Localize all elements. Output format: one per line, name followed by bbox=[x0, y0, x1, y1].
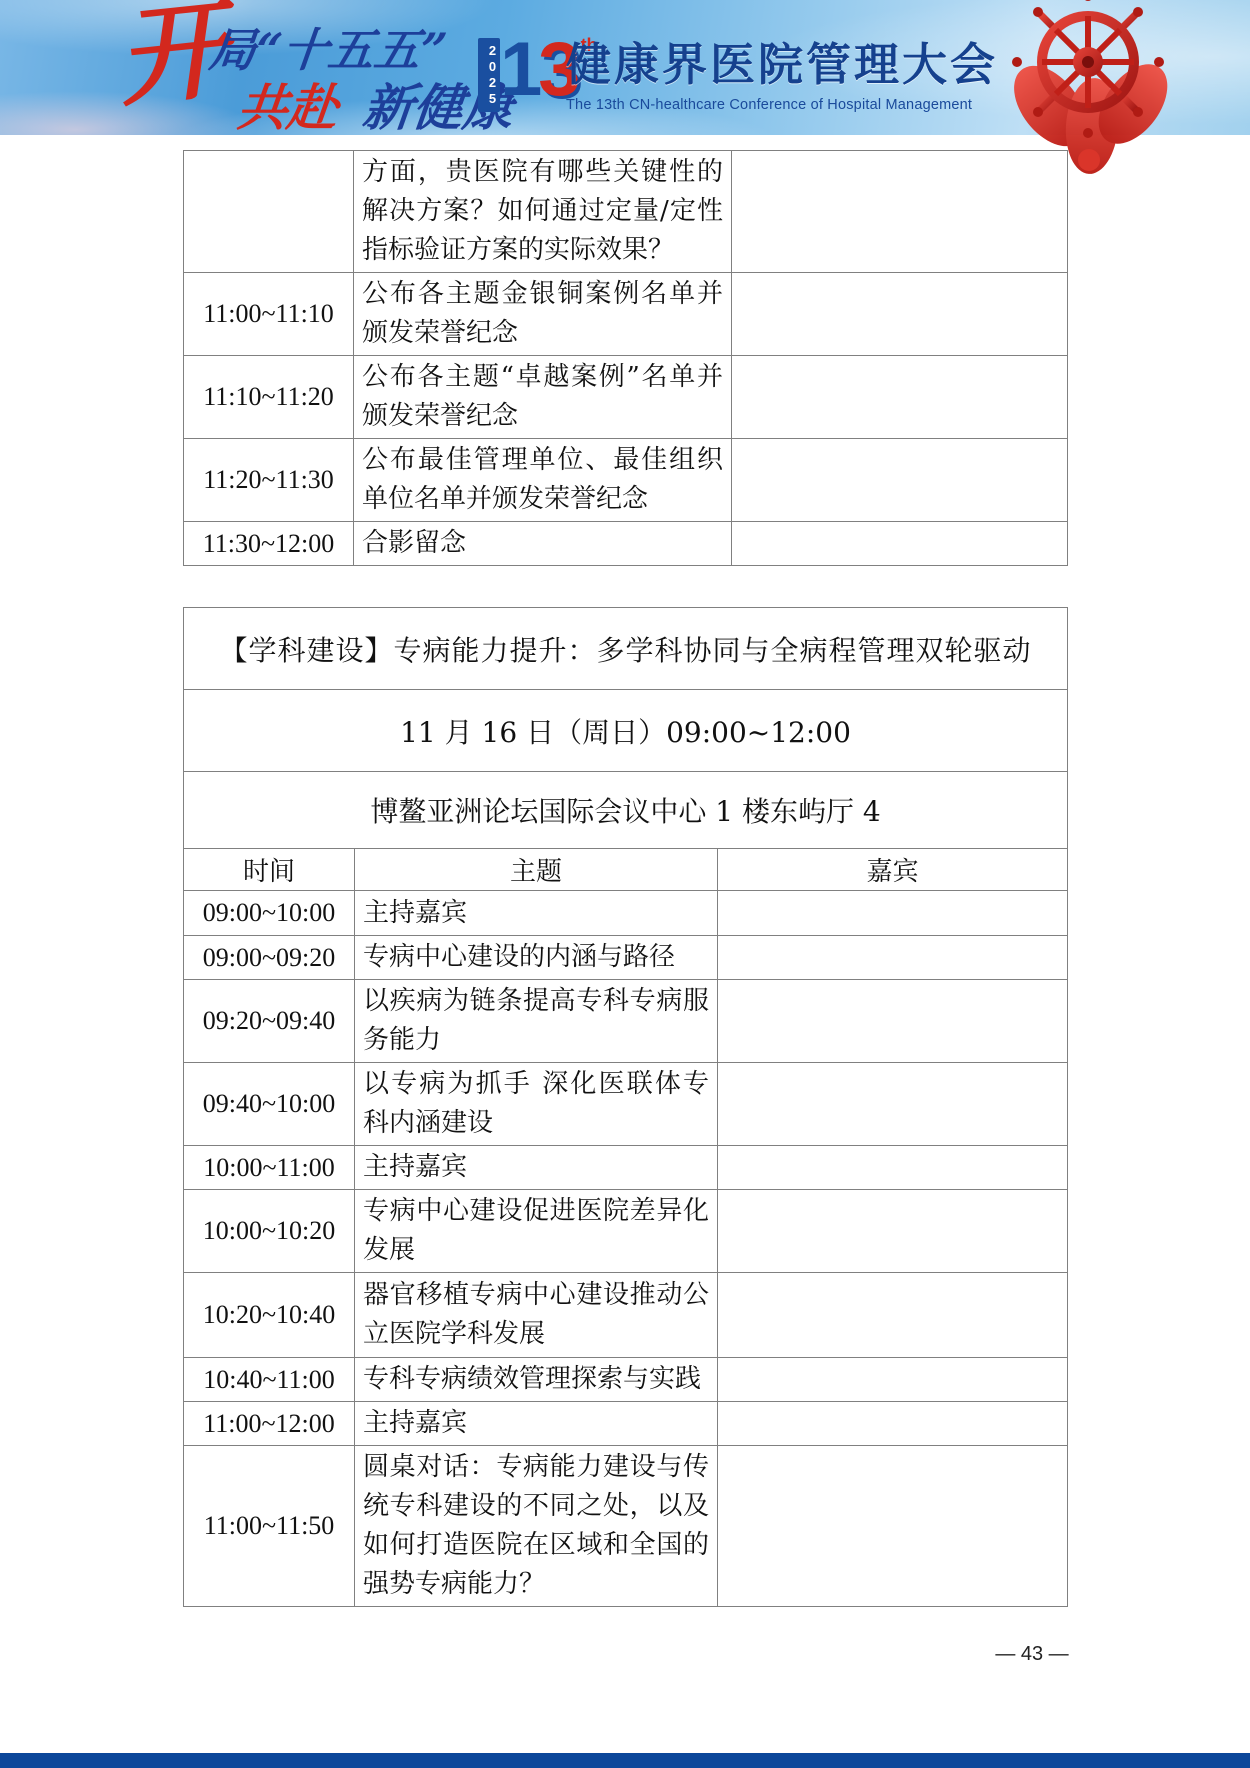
time-cell: 09:20~09:40 bbox=[184, 980, 355, 1063]
banner-slogan: 开 局“十五五” 共赴 新健康 bbox=[118, 6, 538, 136]
guest-cell bbox=[732, 439, 1068, 522]
topic-cell: 专病中心建设促进医院差异化发展 bbox=[355, 1190, 718, 1273]
table-row: 11:00~11:10 公布各主题金银铜案例名单并颁发荣誉纪念 bbox=[184, 273, 1068, 356]
time-cell: 11:00~11:50 bbox=[184, 1446, 355, 1607]
session-datetime: 11 月 16 日（周日）09:00~12:00 bbox=[184, 690, 1068, 772]
topic-cell: 主持嘉宾 bbox=[355, 891, 718, 936]
table-row: 11:00~12:00 主持嘉宾 bbox=[184, 1402, 1068, 1446]
header-topic: 主题 bbox=[355, 849, 718, 891]
topic-cell: 公布各主题“卓越案例”名单并颁发荣誉纪念 bbox=[354, 356, 732, 439]
guest-cell bbox=[732, 356, 1068, 439]
table-row: 09:20~09:40 以疾病为链条提高专科专病服务能力 bbox=[184, 980, 1068, 1063]
header-time: 时间 bbox=[184, 849, 355, 891]
schedule-table-awards: 方面，贵医院有哪些关键性的解决方案？如何通过定量/定性指标验证方案的实际效果？ … bbox=[183, 150, 1068, 566]
topic-cell: 以专病为抓手 深化医联体专科内涵建设 bbox=[355, 1063, 718, 1146]
footer-bar bbox=[0, 1753, 1250, 1768]
table-row: 11:00~11:50 圆桌对话：专病能力建设与传统专科建设的不同之处，以及如何… bbox=[184, 1446, 1068, 1607]
time-cell: 11:20~11:30 bbox=[184, 439, 354, 522]
topic-cell: 以疾病为链条提高专科专病服务能力 bbox=[355, 980, 718, 1063]
table-row: 10:40~11:00 专科专病绩效管理探索与实践 bbox=[184, 1358, 1068, 1402]
session-title: 【学科建设】专病能力提升：多学科协同与全病程管理双轮驱动 bbox=[184, 608, 1068, 690]
time-cell: 11:30~12:00 bbox=[184, 522, 354, 566]
logo-year-badge: 2025 bbox=[478, 38, 500, 112]
topic-cell: 主持嘉宾 bbox=[355, 1146, 718, 1190]
time-cell: 10:00~10:20 bbox=[184, 1190, 355, 1273]
table-row: 10:00~11:00 主持嘉宾 bbox=[184, 1146, 1068, 1190]
session-venue: 博鳌亚洲论坛国际会议中心 1 楼东屿厅 4 bbox=[184, 772, 1068, 849]
table-row: 方面，贵医院有哪些关键性的解决方案？如何通过定量/定性指标验证方案的实际效果？ bbox=[184, 151, 1068, 273]
table-row: 09:40~10:00 以专病为抓手 深化医联体专科内涵建设 bbox=[184, 1063, 1068, 1146]
time-cell: 10:20~10:40 bbox=[184, 1273, 355, 1358]
guest-cell bbox=[718, 1273, 1068, 1358]
guest-cell bbox=[718, 936, 1068, 980]
slogan-line2-red: 共赴 bbox=[235, 78, 341, 137]
topic-cell: 主持嘉宾 bbox=[355, 1402, 718, 1446]
time-cell: 11:10~11:20 bbox=[184, 356, 354, 439]
guest-cell bbox=[732, 273, 1068, 356]
topic-cell: 专病中心建设的内涵与路径 bbox=[355, 936, 718, 980]
conference-title-cn: 健康界医院管理大会 bbox=[566, 28, 1006, 93]
schedule-table-discipline-session: 【学科建设】专病能力提升：多学科协同与全病程管理双轮驱动 11 月 16 日（周… bbox=[183, 607, 1068, 1607]
topic-cell: 器官移植专病中心建设推动公立医院学科发展 bbox=[355, 1273, 718, 1358]
column-header-row: 时间 主题 嘉宾 bbox=[184, 849, 1068, 891]
guest-cell bbox=[718, 1446, 1068, 1607]
banner-titles: 健康界医院管理大会 The 13th CN-healthcare Confere… bbox=[566, 28, 1006, 113]
session-title-row: 【学科建设】专病能力提升：多学科协同与全病程管理双轮驱动 bbox=[184, 608, 1068, 690]
topic-cell: 合影留念 bbox=[354, 522, 732, 566]
table-row: 09:00~10:00 主持嘉宾 bbox=[184, 891, 1068, 936]
topic-cell: 圆桌对话：专病能力建设与传统专科建设的不同之处，以及如何打造医院在区域和全国的强… bbox=[355, 1446, 718, 1607]
guest-cell bbox=[718, 1063, 1068, 1146]
guest-cell bbox=[718, 1402, 1068, 1446]
time-cell: 09:00~09:20 bbox=[184, 936, 355, 980]
guest-cell bbox=[718, 980, 1068, 1063]
guest-cell bbox=[718, 1146, 1068, 1190]
time-cell: 09:40~10:00 bbox=[184, 1063, 355, 1146]
conference-title-en: The 13th CN-healthcare Conference of Hos… bbox=[566, 97, 1006, 113]
session-venue-row: 博鳌亚洲论坛国际会议中心 1 楼东屿厅 4 bbox=[184, 772, 1068, 849]
guest-cell bbox=[732, 522, 1068, 566]
table-row: 11:30~12:00 合影留念 bbox=[184, 522, 1068, 566]
page-number: — 43 — bbox=[962, 1643, 1102, 1666]
topic-cell: 方面，贵医院有哪些关键性的解决方案？如何通过定量/定性指标验证方案的实际效果？ bbox=[354, 151, 732, 273]
table-row: 09:00~09:20 专病中心建设的内涵与路径 bbox=[184, 936, 1068, 980]
topic-cell: 专科专病绩效管理探索与实践 bbox=[355, 1358, 718, 1402]
time-cell: 10:00~11:00 bbox=[184, 1146, 355, 1190]
topic-cell: 公布各主题金银铜案例名单并颁发荣誉纪念 bbox=[354, 273, 732, 356]
guest-cell bbox=[718, 1358, 1068, 1402]
conference-banner: 开 局“十五五” 共赴 新健康 2025 13 th 健康界医院管理大会 The… bbox=[0, 0, 1250, 135]
table-row: 10:00~10:20 专病中心建设促进医院差异化发展 bbox=[184, 1190, 1068, 1273]
time-cell: 10:40~11:00 bbox=[184, 1358, 355, 1402]
time-cell bbox=[184, 151, 354, 273]
table-row: 10:20~10:40 器官移植专病中心建设推动公立医院学科发展 bbox=[184, 1273, 1068, 1358]
table-row: 11:20~11:30 公布最佳管理单位、最佳组织单位名单并颁发荣誉纪念 bbox=[184, 439, 1068, 522]
header-guest: 嘉宾 bbox=[718, 849, 1068, 891]
guest-cell bbox=[732, 151, 1068, 273]
time-cell: 09:00~10:00 bbox=[184, 891, 355, 936]
guest-cell bbox=[718, 891, 1068, 936]
topic-cell: 公布最佳管理单位、最佳组织单位名单并颁发荣誉纪念 bbox=[354, 439, 732, 522]
document-page: 开 局“十五五” 共赴 新健康 2025 13 th 健康界医院管理大会 The… bbox=[0, 0, 1250, 1768]
table-row: 11:10~11:20 公布各主题“卓越案例”名单并颁发荣誉纪念 bbox=[184, 356, 1068, 439]
time-cell: 11:00~11:10 bbox=[184, 273, 354, 356]
session-datetime-row: 11 月 16 日（周日）09:00~12:00 bbox=[184, 690, 1068, 772]
slogan-line2: 共赴 新健康 bbox=[234, 68, 517, 140]
guest-cell bbox=[718, 1190, 1068, 1273]
time-cell: 11:00~12:00 bbox=[184, 1402, 355, 1446]
